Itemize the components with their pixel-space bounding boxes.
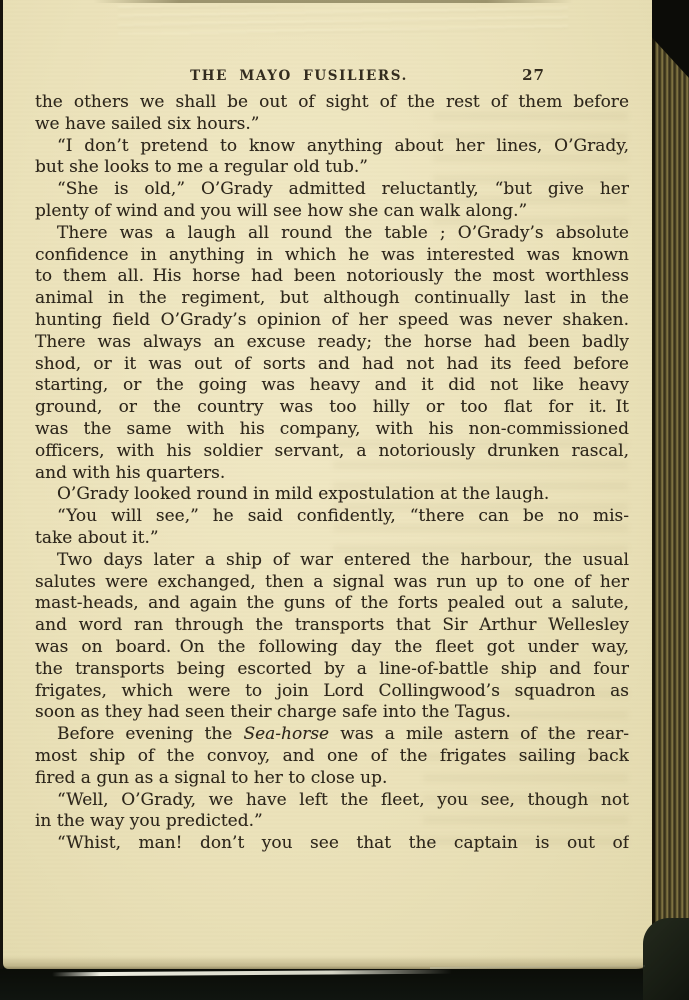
ship-name-italic: Sea-horse: [243, 724, 329, 744]
text-line: but she looks to me a regular old tub.”: [35, 157, 629, 179]
text-line: confidence in anything in which he was i…: [35, 245, 629, 267]
text-line: Before evening the Sea-horse was a mile …: [35, 724, 629, 746]
running-title: THE MAYO FUSILIERS.: [183, 68, 415, 84]
page-text: the others we shall be out of sight of t…: [35, 92, 629, 855]
page-number: 27: [511, 66, 545, 84]
text-line: O’Grady looked round in mild expostulati…: [35, 484, 629, 506]
book-page: THE MAYO FUSILIERS. 27 the others we sha…: [3, 0, 652, 969]
text-line: the transports being escorted by a line-…: [35, 659, 629, 681]
text-line: shod, or it was out of sorts and had not…: [35, 354, 629, 376]
left-gutter-edge: [0, 0, 3, 1000]
text-line: officers, with his soldier servant, a no…: [35, 441, 629, 463]
text-line: starting, or the going was heavy and it …: [35, 375, 629, 397]
book-cover-corner: [643, 918, 689, 1000]
text-line: “Whist, man! don’t you see that the capt…: [35, 833, 629, 855]
text-line: the others we shall be out of sight of t…: [35, 92, 629, 114]
text-line: mast-heads, and again the guns of the fo…: [35, 593, 629, 615]
text-line: in the way you predicted.”: [35, 811, 629, 833]
text-line: most ship of the convoy, and one of the …: [35, 746, 629, 768]
text-line: and word ran through the transports that…: [35, 615, 629, 637]
scanned-book-photo: THE MAYO FUSILIERS. 27 the others we sha…: [0, 0, 689, 1000]
text-line: Two days later a ship of war entered the…: [35, 550, 629, 572]
text-line: hunting field O’Grady’s opinion of her s…: [35, 310, 629, 332]
text-line: was the same with his company, with his …: [35, 419, 629, 441]
text-line: There was always an excuse ready; the ho…: [35, 332, 629, 354]
text-line: “You will see,” he said confidently, “th…: [35, 506, 629, 528]
text-line: soon as they had seen their charge safe …: [35, 702, 629, 724]
text-line: salutes were exchanged, then a signal wa…: [35, 572, 629, 594]
text-line: There was a laugh all round the table ; …: [35, 223, 629, 245]
text-line: to them all. His horse had been notoriou…: [35, 266, 629, 288]
text-line: ground, or the country was too hilly or …: [35, 397, 629, 419]
text-line: animal in the regiment, but although con…: [35, 288, 629, 310]
scan-streaks-artifact: [118, 6, 568, 34]
text-line: was on board. On the following day the f…: [35, 637, 629, 659]
text-line: and with his quarters.: [35, 463, 629, 485]
text-line: plenty of wind and you will see how she …: [35, 201, 629, 223]
text-line: fired a gun as a signal to her to close …: [35, 768, 629, 790]
page-top-edge-shadow: [93, 0, 573, 3]
text-line: frigates, which were to join Lord Collin…: [35, 681, 629, 703]
text-line: we have sailed six hours.”: [35, 114, 629, 136]
text-line: “Well, O’Grady, we have left the fleet, …: [35, 790, 629, 812]
text-line: take about it.”: [35, 528, 629, 550]
text-line: “I don’t pretend to know anything about …: [35, 136, 629, 158]
book-fore-edge: [652, 0, 689, 962]
text-line: “She is old,” O’Grady admitted reluctant…: [35, 179, 629, 201]
